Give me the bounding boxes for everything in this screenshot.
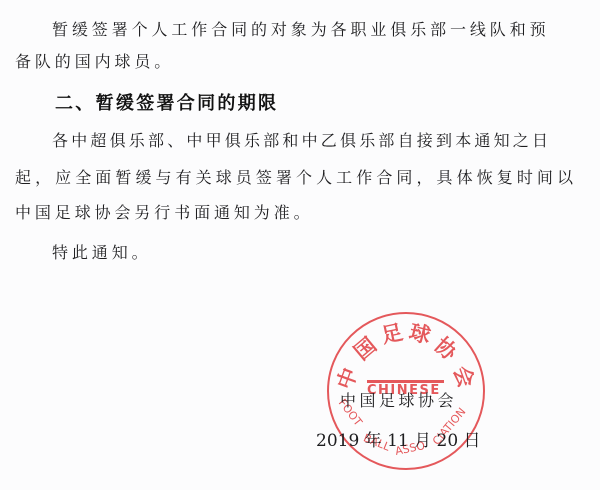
seal-char-4: 球: [407, 321, 433, 347]
seal-char-3: 足: [379, 321, 405, 346]
seal-char-5: 协: [431, 333, 461, 363]
closing-text: 特此通知。: [52, 243, 152, 263]
paragraph-2-line-3: 中国足球协会另行书面通知为准。: [15, 203, 314, 223]
signature-organization: 中国足球协会: [340, 391, 457, 411]
seal-char-6: 会: [450, 363, 477, 391]
paragraph-2-line-2: 起，应全面暂缓与有关球员签署个人工作合同，具体恢复时间以: [15, 168, 573, 188]
paragraph-2-line-1: 各中超俱乐部、中甲俱乐部和中乙俱乐部自接到本通知之日: [52, 131, 551, 151]
paragraph-1-line-1: 暂缓签署个人工作合同的对象为各职业俱乐部一线队和预: [52, 20, 550, 40]
signature-date: 2019 年 11 月 20 日: [316, 431, 481, 451]
seal-char-1: 中: [333, 365, 360, 393]
seal-char-2: 国: [350, 333, 380, 363]
section-heading: 二、暂缓签署合同的期限: [55, 93, 278, 115]
paragraph-1-line-2: 备队的国内球员。: [15, 52, 174, 72]
